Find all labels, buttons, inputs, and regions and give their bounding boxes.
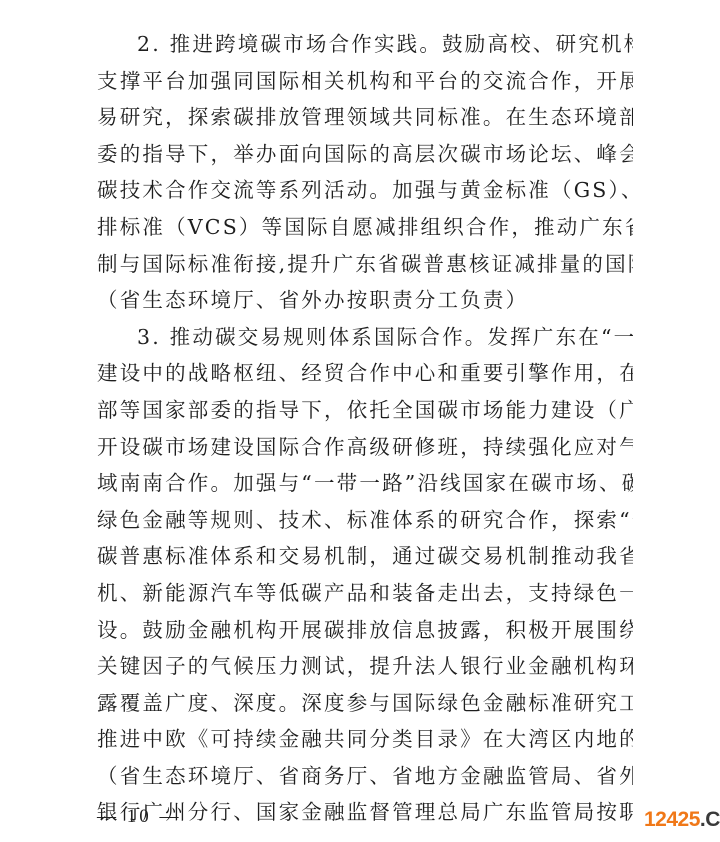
text-line: 支撑平台加强同国际相关机构和平台的交流合作，开展跨境碳交 (97, 63, 633, 100)
text-line: 绿色金融等规则、技术、标准体系的研究合作，探索“一带一路” (97, 502, 633, 539)
text-line: 推进中欧《可持续金融共同分类目录》在大湾区内地的落地应用。 (97, 721, 633, 758)
text-line: 委的指导下，举办面向国际的高层次碳市场论坛、峰会及绿色低 (97, 136, 633, 173)
text-line: 碳普惠标准体系和交易机制，通过碳交易机制推动我省光伏、风 (97, 538, 633, 575)
text-line: 易研究，探索碳排放管理领域共同标准。在生态环境部等国家部 (97, 99, 633, 136)
watermark-number: 12425 (644, 808, 700, 831)
document-page: 2. 推进跨境碳市场合作实践。鼓励高校、研究机构及碳市场支撑平台加强同国际相关机… (0, 0, 720, 842)
text-line: 3. 推动碳交易规则体系国际合作。发挥广东在“一带一路” (97, 319, 633, 356)
text-line: 开设碳市场建设国际合作高级研修班，持续强化应对气候变化领 (97, 429, 633, 466)
text-line: 域南南合作。加强与“一带一路”沿线国家在碳市场、碳普惠、 (97, 465, 633, 502)
text-line: 排标准（VCS）等国际自愿减排组织合作，推动广东省碳普惠机 (97, 209, 633, 246)
text-line: （省生态环境厅、省商务厅、省地方金融监管局、省外办、人民 (97, 758, 633, 795)
text-line: 2. 推进跨境碳市场合作实践。鼓励高校、研究机构及碳市场 (97, 26, 633, 63)
text-line: 碳技术合作交流等系列活动。加强与黄金标准（GS）、核证碳减 (97, 172, 633, 209)
text-line: 机、新能源汽车等低碳产品和装备走出去，支持绿色一带一路建 (97, 575, 633, 612)
text-line: 设。鼓励金融机构开展碳排放信息披露，积极开展围绕碳排放等 (97, 612, 633, 649)
page-number: — 10 — (97, 806, 182, 828)
text-line: （省生态环境厅、省外办按职责分工负责） (97, 282, 633, 319)
text-line: 建设中的战略枢纽、经贸合作中心和重要引擎作用，在生态环境 (97, 355, 633, 392)
text-line: 部等国家部委的指导下，依托全国碳市场能力建设（广东）中心， (97, 392, 633, 429)
watermark-domain: .CN (700, 808, 720, 831)
text-line: 露覆盖广度、深度。深度参与国际绿色金融标准研究工作，研究 (97, 685, 633, 722)
text-line: 制与国际标准衔接,提升广东省碳普惠核证减排量的国际认可度。 (97, 246, 633, 283)
text-line: 关键因子的气候压力测试，提升法人银行业金融机构环境信息披 (97, 648, 633, 685)
site-watermark: 12425.CN (644, 808, 720, 832)
document-body: 2. 推进跨境碳市场合作实践。鼓励高校、研究机构及碳市场支撑平台加强同国际相关机… (97, 26, 633, 831)
